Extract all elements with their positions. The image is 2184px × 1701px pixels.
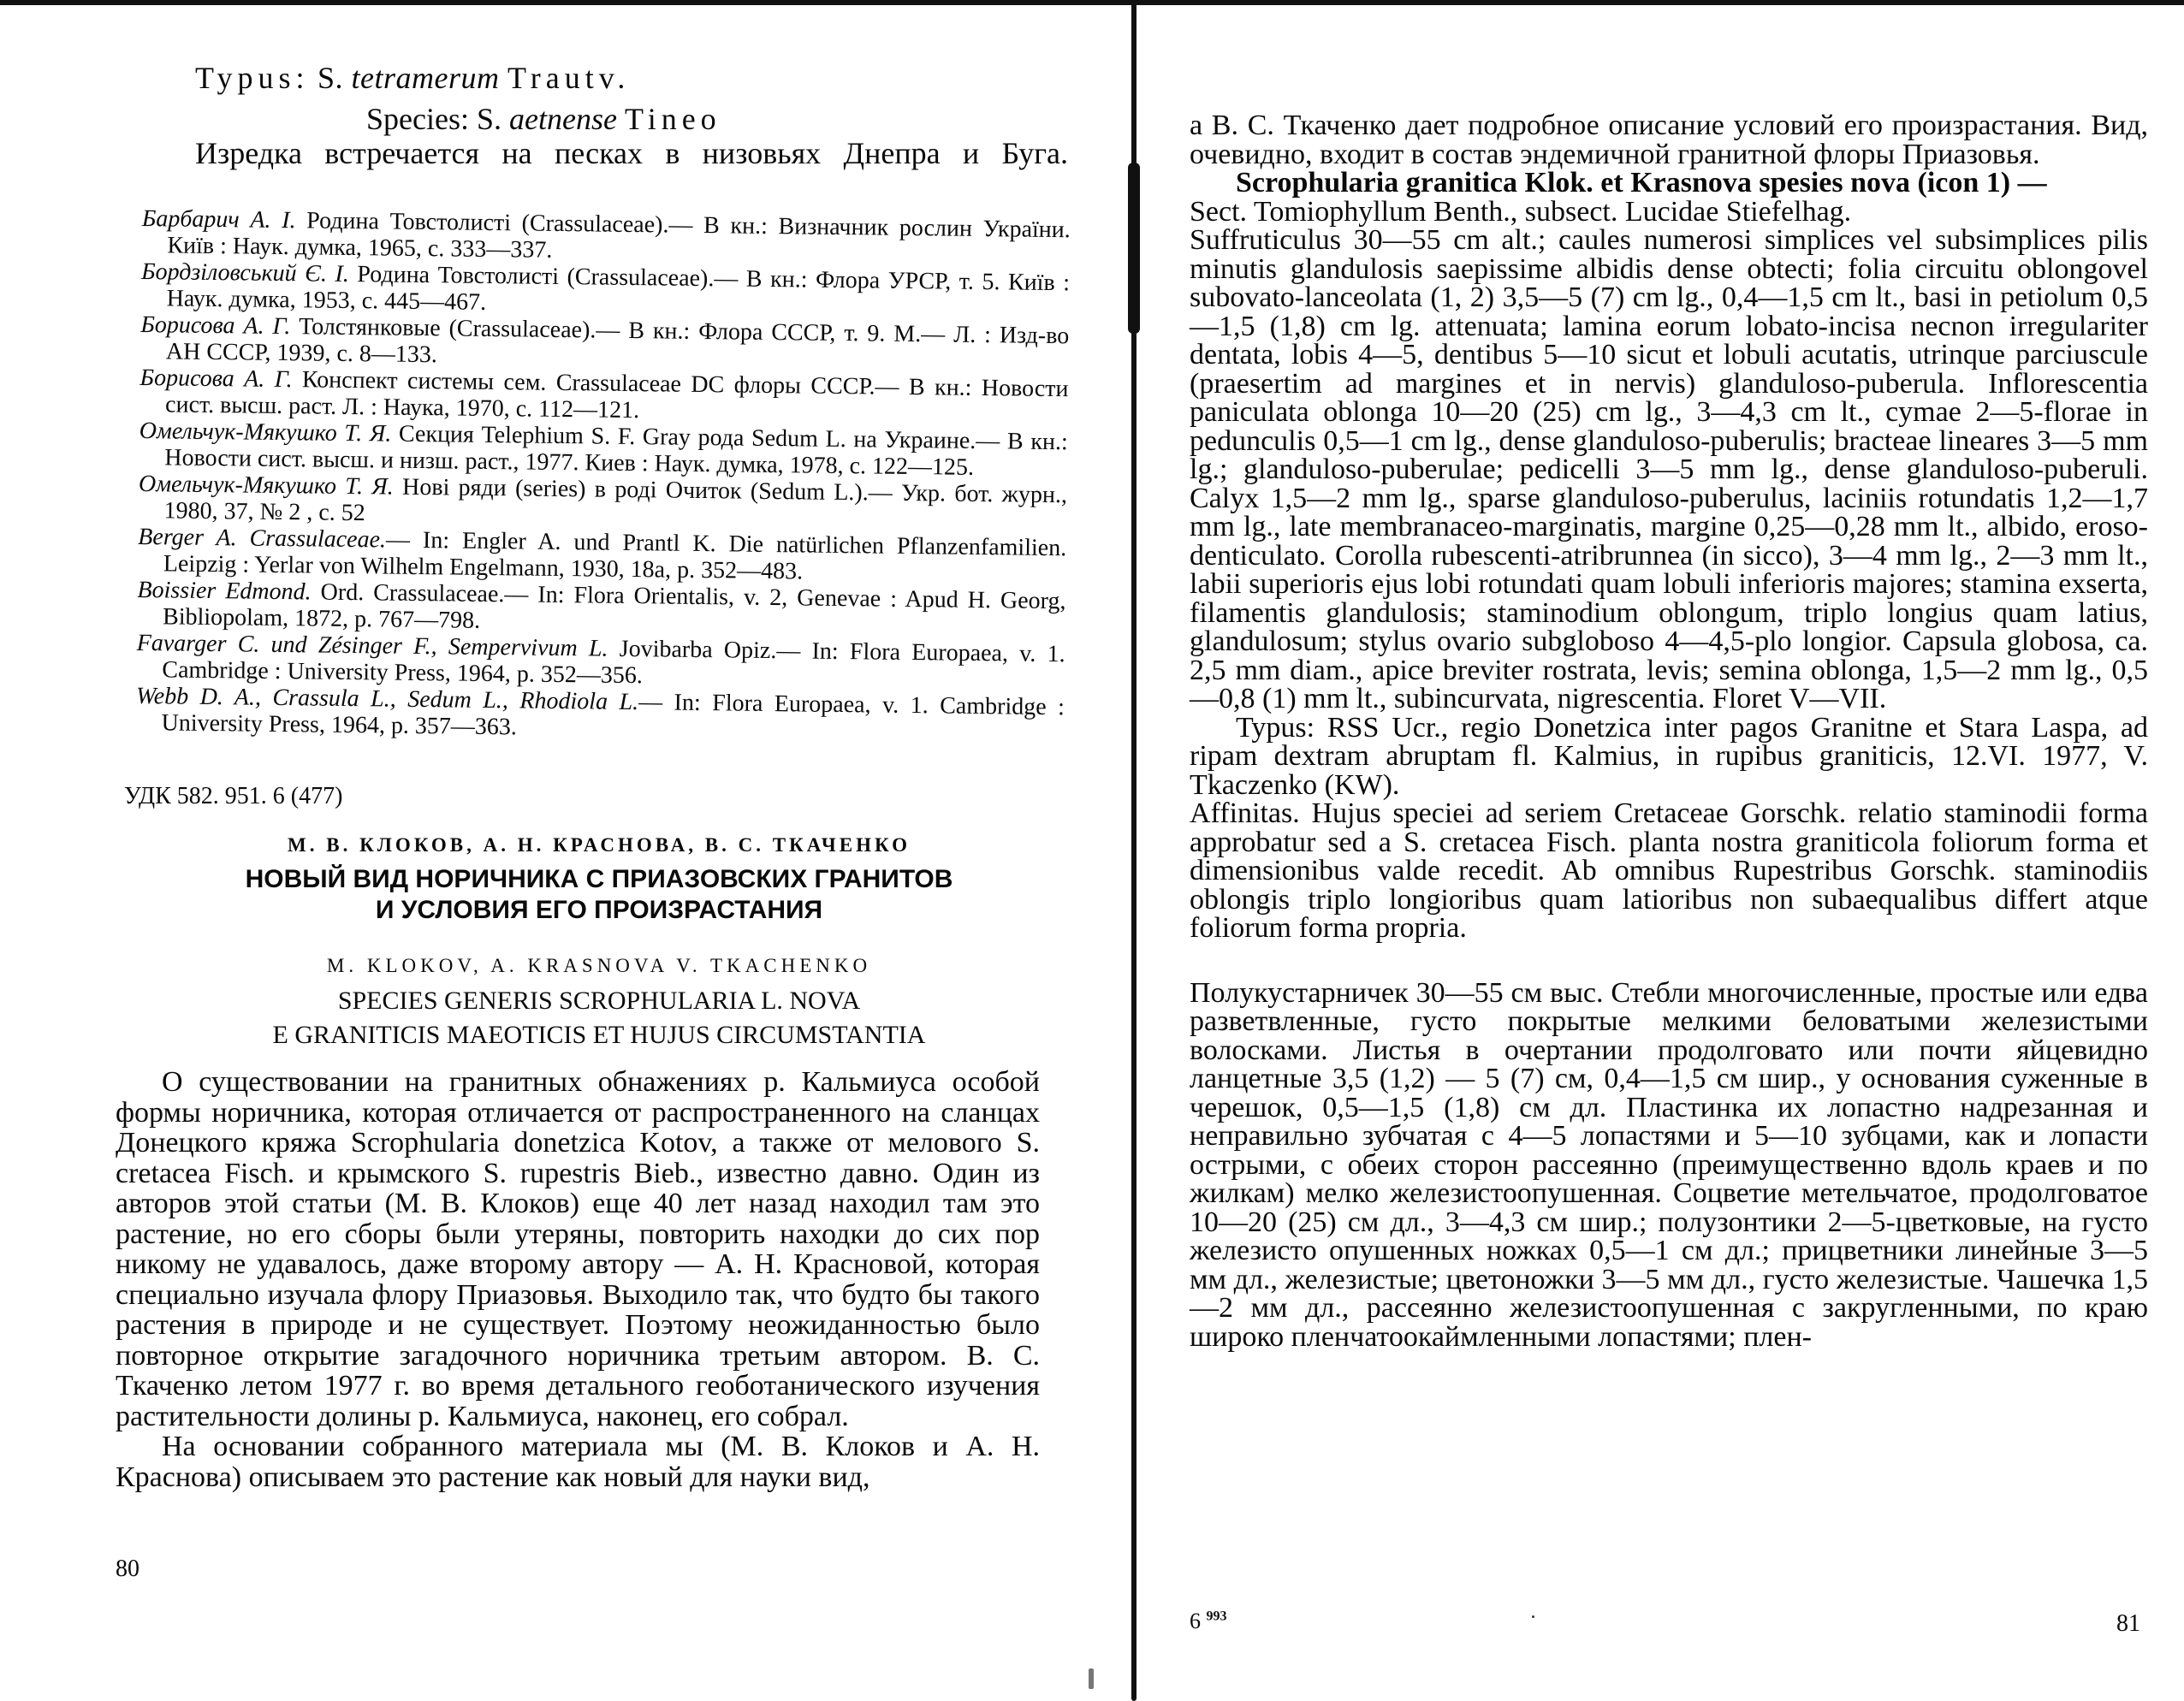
reference-author: Boissier Edmond. <box>137 577 312 605</box>
scan-speck <box>1532 1615 1534 1618</box>
article-title-lat: SPECIES GENERIS SCROPHULARIA L. NOVA E G… <box>111 984 1087 1052</box>
right-page: а В. С. Ткаченко дает подробное описание… <box>1138 0 2184 1701</box>
reference-author: Омельчук-Мякушко Т. Я. <box>139 418 392 447</box>
article-title-ru-line: И УСЛОВИЯ ЕГО ПРОИЗРАСТАНИЯ <box>111 895 1087 926</box>
typus-label: Typus: <box>195 61 310 95</box>
article-title-ru-line: НОВЫЙ ВИД НОРИЧНИКА С ПРИАЗОВСКИХ ГРАНИТ… <box>111 864 1087 895</box>
affinitas-paragraph: Affinitas. Hujus speciei ad seriem Creta… <box>1190 799 2148 943</box>
reference-author: Барбарич А. І. <box>142 205 296 234</box>
article-body-right: а В. С. Ткаченко дает подробное описание… <box>1190 111 2148 1351</box>
reference-item: Webb D. A., Crassula L., Sedum L., Rhodi… <box>135 683 1065 747</box>
article-title-lat-line: SPECIES GENERIS SCROPHULARIA L. NOVA <box>111 984 1087 1018</box>
reference-author: Борисова А. Г. <box>140 311 290 340</box>
page-number-right: 81 <box>2116 1610 2140 1638</box>
reference-text: Родина Товстолисті (Crassulaceae).— В кн… <box>167 207 1071 264</box>
body-paragraph: О существовании на гранитных обнажениях … <box>116 1067 1040 1431</box>
species-line: Species: S. aetnense Tineo <box>366 101 721 137</box>
reference-list: Барбарич А. І. Родина Товстолисті (Crass… <box>135 205 1070 747</box>
reference-author: Омельчук-Мякушко Т. Я. <box>139 471 394 501</box>
typus-paragraph: Typus: RSS Ucr., regio Donetzica inter p… <box>1190 714 2148 800</box>
reference-text: Толстянковые (Crassulaceae).— В кн.: Фло… <box>166 313 1070 368</box>
body-paragraph: На основании собранного материала мы (М.… <box>116 1431 1040 1492</box>
article-title-lat-line: E GRANITICIS MAEOTICIS ET HUJUS CIRCUMST… <box>111 1018 1087 1052</box>
section-line: Sect. Tomiophyllum Benth., subsect. Luci… <box>1190 198 2148 227</box>
typus-author: Trautv. <box>507 61 630 95</box>
signature-number: 6 <box>1190 1609 1201 1633</box>
species-genus: S. <box>477 102 501 136</box>
page-number-left: 80 <box>116 1556 139 1583</box>
russian-description: Полукустарничек 30—55 см выс. Стебли мно… <box>1190 979 2148 1352</box>
article-title-ru: НОВЫЙ ВИД НОРИЧНИКА С ПРИАЗОВСКИХ ГРАНИТ… <box>111 864 1087 926</box>
continuation-paragraph: а В. С. Ткаченко дает подробное описание… <box>1190 111 2148 169</box>
typus-genus: S. <box>318 61 343 95</box>
typus-species: tetramerum <box>352 61 500 95</box>
reference-author: Berger A. Crassulaceae. <box>138 524 386 554</box>
udk-code: УДК 582. 951. 6 (477) <box>124 783 342 810</box>
reference-author: Бордзіловський Є. І. <box>141 258 349 287</box>
signature-code: 993 <box>1207 1609 1227 1623</box>
scan-artifact <box>1089 1668 1094 1689</box>
species-heading: Scrophularia granitica Klok. et Krasnova… <box>1190 169 2148 198</box>
reference-text: Конспект системы сем. Crassulaceae DC фл… <box>165 366 1069 424</box>
article-authors-lat: M. KLOKOV, A. KRASNOVA V. TKACHENKO <box>111 955 1087 977</box>
left-page: Typus: S. tetramerum Trautv. Species: S.… <box>0 0 1138 1701</box>
occurrence-note: Изредка встречается на песках в низовьях… <box>195 135 1068 171</box>
latin-description: Suffruticulus 30—55 cm alt.; caules nume… <box>1190 226 2148 714</box>
article-authors-ru: М. В. КЛОКОВ, А. Н. КРАСНОВА, В. С. ТКАЧ… <box>111 834 1087 856</box>
reference-author: Борисова А. Г. <box>139 364 292 393</box>
species-name: aetnense <box>509 102 617 136</box>
article-body-left: О существовании на гранитных обнажениях … <box>116 1067 1040 1492</box>
typus-line: Typus: S. tetramerum Trautv. <box>195 60 630 96</box>
paragraph-gap <box>1190 943 2148 979</box>
species-author: Tineo <box>625 102 721 136</box>
printer-signature: 6 993 <box>1190 1609 1227 1634</box>
species-label: Species: <box>366 102 469 136</box>
